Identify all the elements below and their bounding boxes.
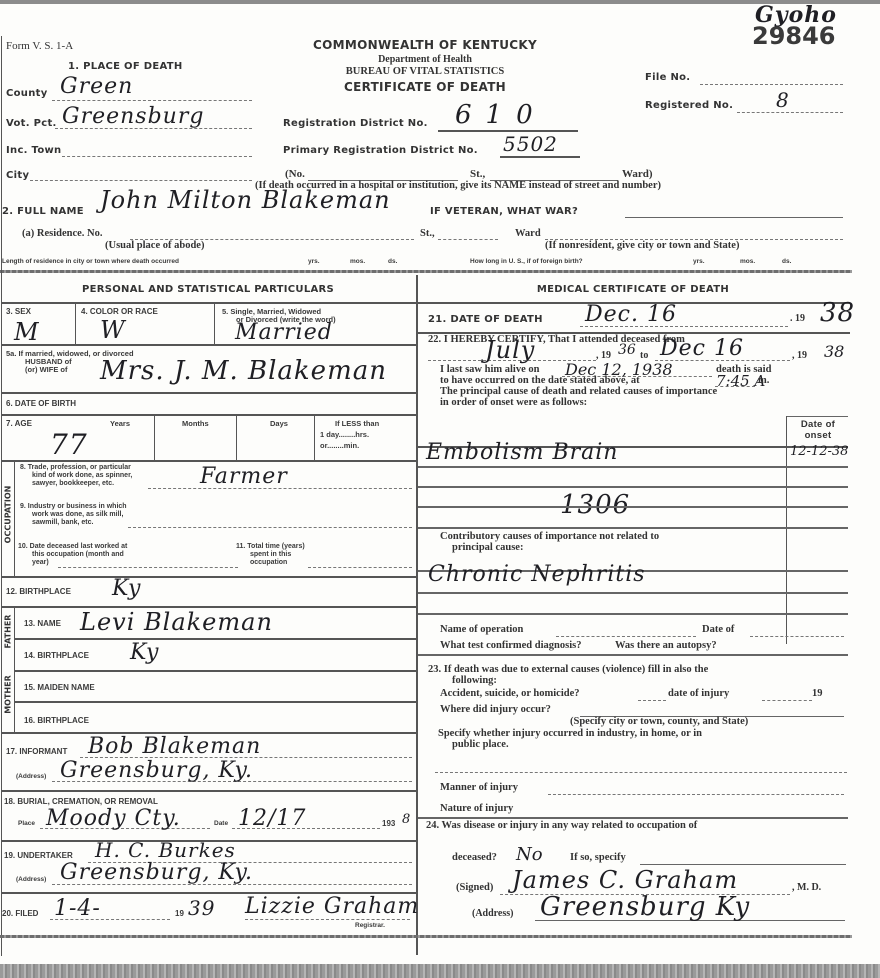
physician-address-label: (Address) — [472, 908, 513, 919]
street-no-label: (No. — [285, 168, 305, 180]
cell-divider — [314, 414, 315, 460]
side-divider — [14, 606, 15, 732]
primary-reg-value[interactable]: 5502 — [503, 132, 558, 156]
operation-label: Name of operation — [440, 624, 523, 635]
rule — [1, 414, 416, 416]
section-divider — [0, 270, 852, 273]
filed-year-prefix: 19 — [175, 910, 184, 918]
veteran-label: IF VETERAN, WHAT WAR? — [430, 206, 578, 217]
trade-value[interactable]: Farmer — [200, 464, 288, 489]
stamp-number: 29846 — [752, 22, 836, 50]
registered-no-value[interactable]: 8 — [776, 88, 789, 112]
dod-year-value[interactable]: 38 — [820, 298, 855, 328]
medical-section-title: MEDICAL CERTIFICATE OF DEATH — [418, 284, 848, 295]
foreign-mos-label: mos. — [740, 258, 755, 266]
rule — [418, 613, 848, 615]
to-year-prefix: , 19 — [792, 350, 807, 361]
cell-divider — [154, 414, 155, 460]
street-label: St., — [470, 168, 485, 180]
deceased-value[interactable]: No — [516, 844, 543, 865]
where-note: (Specify city or town, county, and State… — [570, 716, 748, 727]
rule — [14, 670, 416, 672]
signed-label: (Signed) — [456, 882, 493, 893]
onset-header-top — [786, 416, 848, 417]
total-time-label-3: occupation — [250, 559, 287, 567]
nonresident-note: (If nonresident, give city or town and S… — [545, 240, 739, 251]
contributory-label-2: principal cause: — [452, 542, 523, 553]
cell-divider — [75, 302, 76, 344]
registrar-label: Registrar. — [355, 922, 385, 930]
spouse-label-3: (or) WIFE of — [25, 366, 68, 374]
residence-label: (a) Residence. No. — [22, 228, 102, 239]
dod-label: 21. DATE OF DEATH — [428, 314, 543, 325]
column-divider — [416, 275, 418, 955]
filed-label: 20. FILED — [2, 910, 38, 918]
last-worked-label-3: year) — [32, 559, 49, 567]
registrar-line — [245, 919, 410, 920]
dob-label: 6. DATE OF BIRTH — [6, 400, 76, 408]
md-label: , M. D. — [792, 882, 821, 893]
onset-column-divider — [786, 416, 787, 644]
rule — [1, 460, 416, 462]
burial-date-label: Date — [214, 820, 228, 828]
registered-no-label: Registered No. — [645, 100, 733, 111]
rule — [1, 302, 416, 304]
full-name-label: 2. FULL NAME — [2, 206, 84, 217]
reg-district-label: Registration District No. — [283, 118, 428, 129]
informant-address-value[interactable]: Greensburg, Ky. — [60, 758, 253, 783]
residence-st-label: St., — [420, 228, 435, 239]
undertaker-address-label: (Address) — [16, 876, 46, 884]
last-worked-label-2: this occupation (month and — [32, 551, 124, 559]
rule — [418, 592, 848, 594]
physician-signature[interactable]: James C. Graham — [512, 866, 738, 894]
spouse-value[interactable]: Mrs. J. M. Blakeman — [100, 356, 387, 386]
less-than-label: If LESS than — [335, 420, 379, 428]
months-label: Months — [182, 420, 209, 428]
file-no-field[interactable] — [700, 84, 843, 85]
operation-date-label: Date of — [702, 624, 734, 635]
from-year-value[interactable]: 36 — [618, 342, 636, 358]
manner-field[interactable] — [548, 794, 844, 795]
specify-label-2: public place. — [452, 739, 509, 750]
father-side-label: FATHER — [4, 608, 13, 656]
birthplace-label: 12. BIRTHPLACE — [6, 588, 71, 596]
last-worked-field[interactable] — [58, 567, 238, 568]
total-time-label-1: 11. Total time (years) — [236, 543, 305, 551]
age-value[interactable]: 77 — [50, 428, 88, 461]
if-so-label: If so, specify — [570, 852, 626, 863]
specify-label-1: Specify whether injury occurred in indus… — [438, 728, 702, 739]
accident-label: Accident, suicide, or homicide? — [440, 688, 580, 699]
operation-date-field[interactable] — [750, 636, 844, 637]
form-number: Form V. S. 1-A — [6, 40, 73, 52]
trade-label-3: sawyer, bookkeeper, etc. — [32, 480, 114, 488]
total-time-label-2: spent in this — [250, 551, 291, 559]
residence-st-line — [438, 239, 498, 240]
personal-section-title: PERSONAL AND STATISTICAL PARTICULARS — [0, 284, 416, 295]
foreign-birth-label: How long in U. S., if of foreign birth? — [470, 258, 583, 266]
registrar-signature[interactable]: Lizzie Graham — [245, 894, 419, 919]
rule — [418, 527, 848, 529]
inc-town-label: Inc. Town — [6, 145, 61, 156]
autopsy-label: Was there an autopsy? — [615, 640, 717, 651]
ward-label: Ward) — [622, 168, 653, 180]
mother-side-label: MOTHER — [4, 671, 13, 719]
attended-to-value[interactable]: Dec 16 — [660, 336, 744, 361]
cause-1-onset[interactable]: 12-12-38 — [790, 444, 848, 459]
to-year-value[interactable]: 38 — [824, 342, 844, 361]
filed-value[interactable]: 1-4- — [54, 896, 101, 921]
industry-label-3: sawmill, bank, etc. — [32, 519, 93, 527]
industry-field[interactable] — [128, 527, 412, 528]
county-value[interactable]: Green — [60, 74, 133, 99]
accident-field[interactable] — [638, 700, 666, 701]
injury-year-label: 19 — [812, 688, 823, 699]
deceased-label: deceased? — [452, 852, 497, 863]
file-no-label: File No. — [645, 72, 690, 83]
informant-label: 17. INFORMANT — [6, 748, 67, 756]
trade-label-1: 8. Trade, profession, or particular — [20, 464, 131, 472]
yrs-label: yrs. — [308, 258, 320, 266]
color-value[interactable]: W — [100, 316, 126, 344]
rule — [14, 638, 416, 640]
undertaker-label: 19. UNDERTAKER — [4, 852, 73, 860]
less-hrs-label: 1 day........hrs. — [320, 431, 369, 439]
bottom-rule — [0, 935, 852, 938]
mos-label: mos. — [350, 258, 365, 266]
occupation-side-label: OCCUPATION — [4, 485, 13, 545]
sex-value[interactable]: M — [14, 318, 40, 346]
residence-sublabel: (Usual place of abode) — [105, 240, 204, 251]
burial-label: 18. BURIAL, CREMATION, OR REMOVAL — [4, 798, 158, 806]
specify-field[interactable] — [435, 772, 847, 773]
place-of-death-heading: 1. PLACE OF DEATH — [68, 61, 183, 72]
last-saw-label: I last saw him alive on — [440, 364, 539, 375]
trade-label-2: kind of work done, as spinner, — [32, 472, 132, 480]
county-line — [52, 100, 252, 101]
veteran-field[interactable] — [625, 217, 843, 218]
foreign-yrs-label: yrs. — [693, 258, 705, 266]
registered-no-line — [737, 112, 843, 113]
mother-birthplace-label: 16. BIRTHPLACE — [24, 717, 89, 725]
state-title: COMMONWEALTH OF KENTUCKY — [270, 38, 580, 52]
vot-pct-value[interactable]: Greensburg — [62, 104, 204, 129]
rule — [418, 654, 848, 656]
ds-label: ds. — [388, 258, 397, 266]
last-worked-label-1: 10. Date deceased last worked at — [18, 543, 127, 551]
nature-label: Nature of injury — [440, 803, 513, 814]
rule — [14, 701, 416, 703]
certificate-title: CERTIFICATE OF DEATH — [270, 80, 580, 94]
rule — [418, 486, 848, 488]
reg-district-value[interactable]: 610 — [455, 100, 547, 130]
rule — [1, 790, 416, 792]
maiden-name-label: 15. MAIDEN NAME — [24, 684, 95, 692]
cell-divider — [236, 414, 237, 460]
length-residence-label: Length of residence in city or town wher… — [2, 258, 179, 266]
rule — [418, 506, 848, 508]
informant-value[interactable]: Bob Blakeman — [88, 734, 261, 759]
full-name-value[interactable]: John Milton Blakeman — [100, 186, 391, 214]
less-min-label: or........min. — [320, 442, 359, 450]
father-birthplace-label: 14. BIRTHPLACE — [24, 652, 89, 660]
years-label: Years — [110, 420, 130, 428]
dod-year-prefix: . 19 — [790, 313, 805, 324]
residence-ward-label: Ward — [515, 228, 541, 239]
father-name-label: 13. NAME — [24, 620, 61, 628]
father-birthplace-value[interactable]: Ky — [130, 640, 159, 665]
injury-date-label: date of injury — [668, 688, 729, 699]
occupation-related-label: 24. Was disease or injury in any way rel… — [426, 820, 697, 831]
external-causes-label-2: following: — [452, 675, 497, 686]
contributory-label-1: Contributory causes of importance not re… — [440, 531, 659, 542]
foreign-ds-label: ds. — [782, 258, 791, 266]
burial-place-label: Place — [18, 820, 35, 828]
rule — [1, 576, 416, 578]
cause-1-value[interactable]: Embolism Brain — [426, 440, 618, 465]
inc-town-field[interactable] — [62, 156, 252, 157]
industry-label-2: work was done, as silk mill, — [32, 511, 123, 519]
left-border — [1, 36, 2, 956]
color-label: 4. COLOR OR RACE — [81, 308, 158, 316]
age-label: 7. AGE — [6, 420, 32, 428]
department-name: Department of Health — [270, 54, 580, 65]
rule — [1, 344, 416, 346]
scan-bottom-edge — [0, 964, 880, 978]
burial-year-value[interactable]: 8 — [402, 812, 410, 827]
sex-label: 3. SEX — [6, 308, 31, 316]
principal-cause-label-1: The principal cause of death and related… — [440, 386, 717, 397]
certify-label: 22. I HEREBY CERTIFY, That I attended de… — [428, 334, 685, 345]
contributory-value[interactable]: Chronic Nephritis — [428, 562, 646, 587]
external-causes-label-1: 23. If death was due to external causes … — [428, 664, 708, 675]
principal-cause-label-2: in order of onset were as follows: — [440, 397, 587, 408]
meridiem-label: m. — [758, 375, 769, 386]
filed-year-value[interactable]: 39 — [188, 896, 215, 920]
scan-top-edge — [0, 0, 880, 4]
total-time-field[interactable] — [308, 567, 412, 568]
attended-from-value[interactable]: July — [485, 336, 535, 364]
days-label: Days — [270, 420, 288, 428]
burial-place-value[interactable]: Moody Cty. — [46, 806, 181, 831]
if-so-field[interactable] — [640, 864, 846, 865]
burial-year-prefix: 193 — [382, 820, 395, 828]
manner-label: Manner of injury — [440, 782, 518, 793]
physician-address-value[interactable]: Greensburg Ky — [540, 892, 750, 922]
burial-date-value[interactable]: 12/17 — [238, 806, 306, 831]
dod-value[interactable]: Dec. 16 — [585, 302, 677, 327]
marital-value[interactable]: Married — [235, 320, 333, 345]
cell-divider — [214, 302, 215, 344]
undertaker-value[interactable]: H. C. Burkes — [95, 838, 236, 862]
rule — [1, 392, 416, 394]
where-label: Where did injury occur? — [440, 704, 551, 715]
injury-date-field[interactable] — [762, 700, 812, 701]
informant-address-label: (Address) — [16, 773, 46, 781]
primary-reg-label: Primary Registration District No. — [283, 145, 478, 156]
undertaker-address-value[interactable]: Greensburg, Ky. — [60, 860, 253, 885]
father-name-value[interactable]: Levi Blakeman — [80, 608, 273, 636]
primary-reg-line — [500, 156, 580, 158]
vot-pct-label: Vot. Pct. — [6, 118, 57, 129]
city-field[interactable] — [30, 180, 252, 181]
county-label: County — [6, 88, 48, 99]
test-label: What test confirmed diagnosis? — [440, 640, 581, 651]
rule — [418, 466, 848, 468]
code-mark: 1306 — [560, 490, 630, 520]
industry-label-1: 9. Industry or business in which — [20, 503, 127, 511]
nature-field[interactable] — [418, 817, 848, 819]
side-divider — [14, 460, 15, 576]
bureau-name: BUREAU OF VITAL STATISTICS — [270, 66, 580, 77]
occurred-label: to have occurred on the date stated abov… — [440, 375, 640, 386]
birthplace-value[interactable]: Ky — [112, 576, 141, 601]
operation-field[interactable] — [556, 636, 696, 637]
date-onset-header: Date of onset — [788, 419, 848, 441]
city-label: City — [6, 170, 29, 181]
